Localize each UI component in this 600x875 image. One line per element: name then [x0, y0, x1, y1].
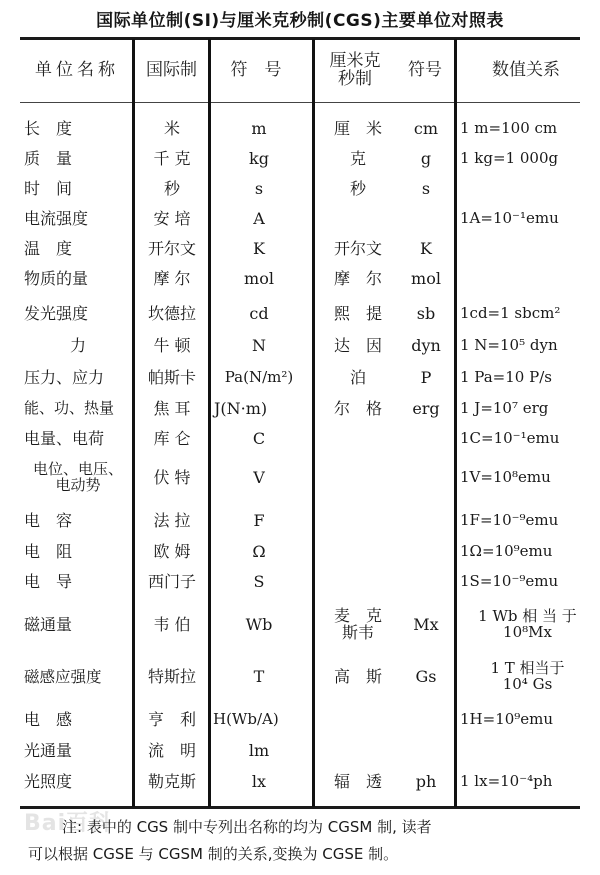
table-row-luminous-flux: 光通量 流 明 lm — [0, 736, 600, 766]
table-row-mass: 质 量 千 克 kg 克 g 1 kg=1 000g — [0, 144, 600, 174]
si-symbol: s — [212, 174, 306, 204]
table-row-conductance: 电 导 西门子 S 1S=10⁻⁹emu — [0, 567, 600, 597]
cgs-symbol: g — [398, 144, 454, 174]
cgs-unit: 熙 提 — [318, 298, 398, 330]
table-row-voltage: 电位、电压、 电动势 伏 特 V 1V=10⁸emu — [0, 456, 600, 500]
cgs-unit: 摩 尔 — [318, 264, 398, 294]
unit-name: 电 导 — [24, 567, 132, 597]
header-unit-name: 单位名称 — [22, 40, 132, 102]
si-unit: 西门子 — [136, 567, 208, 597]
relation: 1cd=1 sbcm² — [460, 298, 595, 330]
cgs-unit: 泊 — [318, 362, 398, 394]
header-cgs: 厘米克 秒制 — [318, 40, 392, 102]
table-row-current: 电流强度 安 培 A 1A=10⁻¹emu — [0, 204, 600, 234]
relation: 1 J=10⁷ erg — [460, 394, 595, 424]
cgs-symbol: Mx — [398, 602, 454, 648]
unit-name: 能、功、热量 — [24, 394, 132, 424]
unit-name: 压力、应力 — [24, 362, 132, 394]
table-row-illuminance: 光照度 勒克斯 lx 辐 透 ph 1 lx=10⁻⁴ph — [0, 766, 600, 798]
cgs-unit: 尔 格 — [318, 394, 398, 424]
relation: 1 N=10⁵ dyn — [460, 330, 595, 362]
header-cgs-line2: 秒制 — [338, 71, 372, 89]
unit-name: 电流强度 — [24, 204, 132, 234]
si-symbol: Wb — [212, 602, 306, 648]
relation: 1S=10⁻⁹emu — [460, 567, 595, 597]
cgs-unit: 克 — [318, 144, 398, 174]
table-row-inductance: 电 感 亨 利 H(Wb/A) 1H=10⁹emu — [0, 704, 600, 736]
si-symbol: lm — [212, 736, 306, 766]
relation: 1V=10⁸emu — [460, 456, 595, 500]
cgs-unit — [318, 456, 398, 500]
unit-name: 电 容 — [24, 505, 132, 537]
header-si: 国际制 — [135, 40, 208, 102]
table-row-charge: 电量、电荷 库 仑 C 1C=10⁻¹emu — [0, 424, 600, 454]
cgs-unit — [318, 204, 398, 234]
cgs-unit: 达 因 — [318, 330, 398, 362]
relation: 1 lx=10⁻⁴ph — [460, 766, 595, 798]
relation: 1 T 相当于 10⁴ Gs — [460, 652, 595, 702]
relation: 1 kg=1 000g — [460, 144, 595, 174]
si-unit: 韦 伯 — [136, 602, 208, 648]
table-row-temperature: 温 度 开尔文 K 开尔文 K — [0, 234, 600, 264]
footnote-line2: 可以根据 CGSE 与 CGSM 制的关系,变换为 CGSE 制。 — [28, 841, 588, 868]
si-unit: 千 克 — [136, 144, 208, 174]
footnote-line1: 注: 表中的 CGS 制中专列出名称的均为 CGSM 制, 读者 — [28, 814, 588, 841]
si-unit: 帕斯卡 — [136, 362, 208, 394]
si-symbol: N — [212, 330, 306, 362]
si-unit: 欧 姆 — [136, 537, 208, 567]
si-symbol: A — [212, 204, 306, 234]
si-unit: 牛 顿 — [136, 330, 208, 362]
relation: 1 Pa=10 P/s — [460, 362, 595, 394]
cgs-symbol: dyn — [398, 330, 454, 362]
unit-name: 物质的量 — [24, 264, 132, 294]
si-symbol: mol — [212, 264, 306, 294]
table-row-amount: 物质的量 摩 尔 mol 摩 尔 mol — [0, 264, 600, 294]
si-unit: 流 明 — [136, 736, 208, 766]
cgs-symbol — [398, 505, 454, 537]
cgs-symbol: erg — [398, 394, 454, 424]
cgs-unit: 厘 米 — [318, 114, 398, 144]
relation-line2: 10⁸Mx — [503, 625, 552, 641]
si-unit: 库 仑 — [136, 424, 208, 454]
si-symbol: Pa(N/m²) — [212, 362, 306, 394]
cgs-symbol: P — [398, 362, 454, 394]
unit-name-line2: 电动势 — [55, 478, 100, 494]
cgs-unit: 辐 透 — [318, 766, 398, 798]
table-title: 国际单位制(SI)与厘米克秒制(CGS)主要单位对照表 — [0, 6, 600, 31]
unit-name: 电 阻 — [24, 537, 132, 567]
unit-name: 磁感应强度 — [24, 652, 132, 702]
footnote: 注: 表中的 CGS 制中专列出名称的均为 CGSM 制, 读者 可以根据 CG… — [28, 814, 588, 868]
cgs-symbol: Gs — [398, 652, 454, 702]
unit-name: 时 间 — [24, 174, 132, 204]
cgs-unit: 高 斯 — [318, 652, 398, 702]
cgs-symbol — [398, 204, 454, 234]
unit-name: 质 量 — [24, 144, 132, 174]
cgs-unit: 麦 克 斯韦 — [318, 602, 398, 648]
unit-name: 发光强度 — [24, 298, 132, 330]
cgs-symbol: mol — [398, 264, 454, 294]
table-row-length: 长 度 米 m 厘 米 cm 1 m=100 cm — [0, 114, 600, 144]
cgs-symbol — [398, 704, 454, 736]
table-row-capacitance: 电 容 法 拉 F 1F=10⁻⁹emu — [0, 505, 600, 537]
si-unit: 法 拉 — [136, 505, 208, 537]
relation — [460, 264, 595, 294]
cgs-unit: 开尔文 — [318, 234, 398, 264]
cgs-unit — [318, 736, 398, 766]
si-symbol: C — [212, 424, 306, 454]
si-unit: 特斯拉 — [136, 652, 208, 702]
relation: 1H=10⁹emu — [460, 704, 595, 736]
si-symbol: Ω — [212, 537, 306, 567]
si-symbol: J(N·m) — [212, 394, 308, 424]
relation — [460, 234, 595, 264]
unit-name: 电 感 — [24, 704, 132, 736]
cgs-unit: 秒 — [318, 174, 398, 204]
si-unit: 开尔文 — [136, 234, 208, 264]
si-symbol: lx — [212, 766, 306, 798]
si-unit: 焦 耳 — [136, 394, 208, 424]
relation — [460, 174, 595, 204]
unit-name: 光通量 — [24, 736, 132, 766]
header-relation: 数值关系 — [458, 40, 594, 102]
unit-name: 磁通量 — [24, 602, 132, 648]
si-symbol: H(Wb/A) — [212, 704, 307, 736]
si-symbol: cd — [212, 298, 306, 330]
relation: 1 Wb 相 当 于 10⁸Mx — [460, 602, 595, 648]
cgs-unit — [318, 505, 398, 537]
relation — [460, 736, 595, 766]
si-unit: 米 — [136, 114, 208, 144]
cgs-symbol — [398, 736, 454, 766]
si-unit: 勒克斯 — [136, 766, 208, 798]
si-unit: 坎德拉 — [136, 298, 208, 330]
cgs-unit — [318, 567, 398, 597]
cgs-unit — [318, 424, 398, 454]
si-symbol: kg — [212, 144, 306, 174]
si-symbol: K — [212, 234, 306, 264]
relation-line2: 10⁴ Gs — [503, 677, 553, 693]
si-unit: 安 培 — [136, 204, 208, 234]
relation: 1C=10⁻¹emu — [460, 424, 595, 454]
unit-name: 电量、电荷 — [24, 424, 132, 454]
table-row-force: 力 牛 顿 N 达 因 dyn 1 N=10⁵ dyn — [0, 330, 600, 362]
unit-name: 光照度 — [24, 766, 132, 798]
si-unit: 摩 尔 — [136, 264, 208, 294]
table-row-luminous-intensity: 发光强度 坎德拉 cd 熙 提 sb 1cd=1 sbcm² — [0, 298, 600, 330]
table-row-resistance: 电 阻 欧 姆 Ω 1Ω=10⁹emu — [0, 537, 600, 567]
cgs-symbol — [398, 456, 454, 500]
table-row-pressure: 压力、应力 帕斯卡 Pa(N/m²) 泊 P 1 Pa=10 P/s — [0, 362, 600, 394]
header-rule — [20, 102, 580, 103]
unit-name: 温 度 — [24, 234, 132, 264]
cgs-symbol: s — [398, 174, 454, 204]
si-symbol: T — [212, 652, 306, 702]
relation: 1A=10⁻¹emu — [460, 204, 595, 234]
relation: 1F=10⁻⁹emu — [460, 505, 595, 537]
si-unit: 秒 — [136, 174, 208, 204]
cgs-unit-line2: 斯韦 — [342, 625, 374, 642]
table-row-time: 时 间 秒 s 秒 s — [0, 174, 600, 204]
cgs-symbol — [398, 424, 454, 454]
table-row-energy: 能、功、热量 焦 耳 J(N·m) 尔 格 erg 1 J=10⁷ erg — [0, 394, 600, 424]
unit-name: 长 度 — [24, 114, 132, 144]
si-symbol: V — [212, 456, 306, 500]
cgs-symbol: cm — [398, 114, 454, 144]
relation: 1Ω=10⁹emu — [460, 537, 595, 567]
cgs-unit — [318, 704, 398, 736]
si-symbol: F — [212, 505, 306, 537]
table-row-magnetic-induction: 磁感应强度 特斯拉 T 高 斯 Gs 1 T 相当于 10⁴ Gs — [0, 652, 600, 702]
cgs-symbol — [398, 537, 454, 567]
cgs-symbol: sb — [398, 298, 454, 330]
unit-name: 电位、电压、 电动势 — [24, 456, 132, 500]
cgs-symbol: ph — [398, 766, 454, 798]
cgs-unit — [318, 537, 398, 567]
si-symbol: S — [212, 567, 306, 597]
unit-name: 力 — [24, 330, 132, 362]
table-row-magnetic-flux: 磁通量 韦 伯 Wb 麦 克 斯韦 Mx 1 Wb 相 当 于 10⁸Mx — [0, 602, 600, 648]
si-unit: 亨 利 — [136, 704, 208, 736]
header-symbol: 符 号 — [211, 40, 301, 102]
si-symbol: m — [212, 114, 306, 144]
relation: 1 m=100 cm — [460, 114, 595, 144]
header-cgs-symbol: 符号 — [396, 40, 454, 102]
cgs-symbol: K — [398, 234, 454, 264]
si-unit: 伏 特 — [136, 456, 208, 500]
cgs-symbol — [398, 567, 454, 597]
